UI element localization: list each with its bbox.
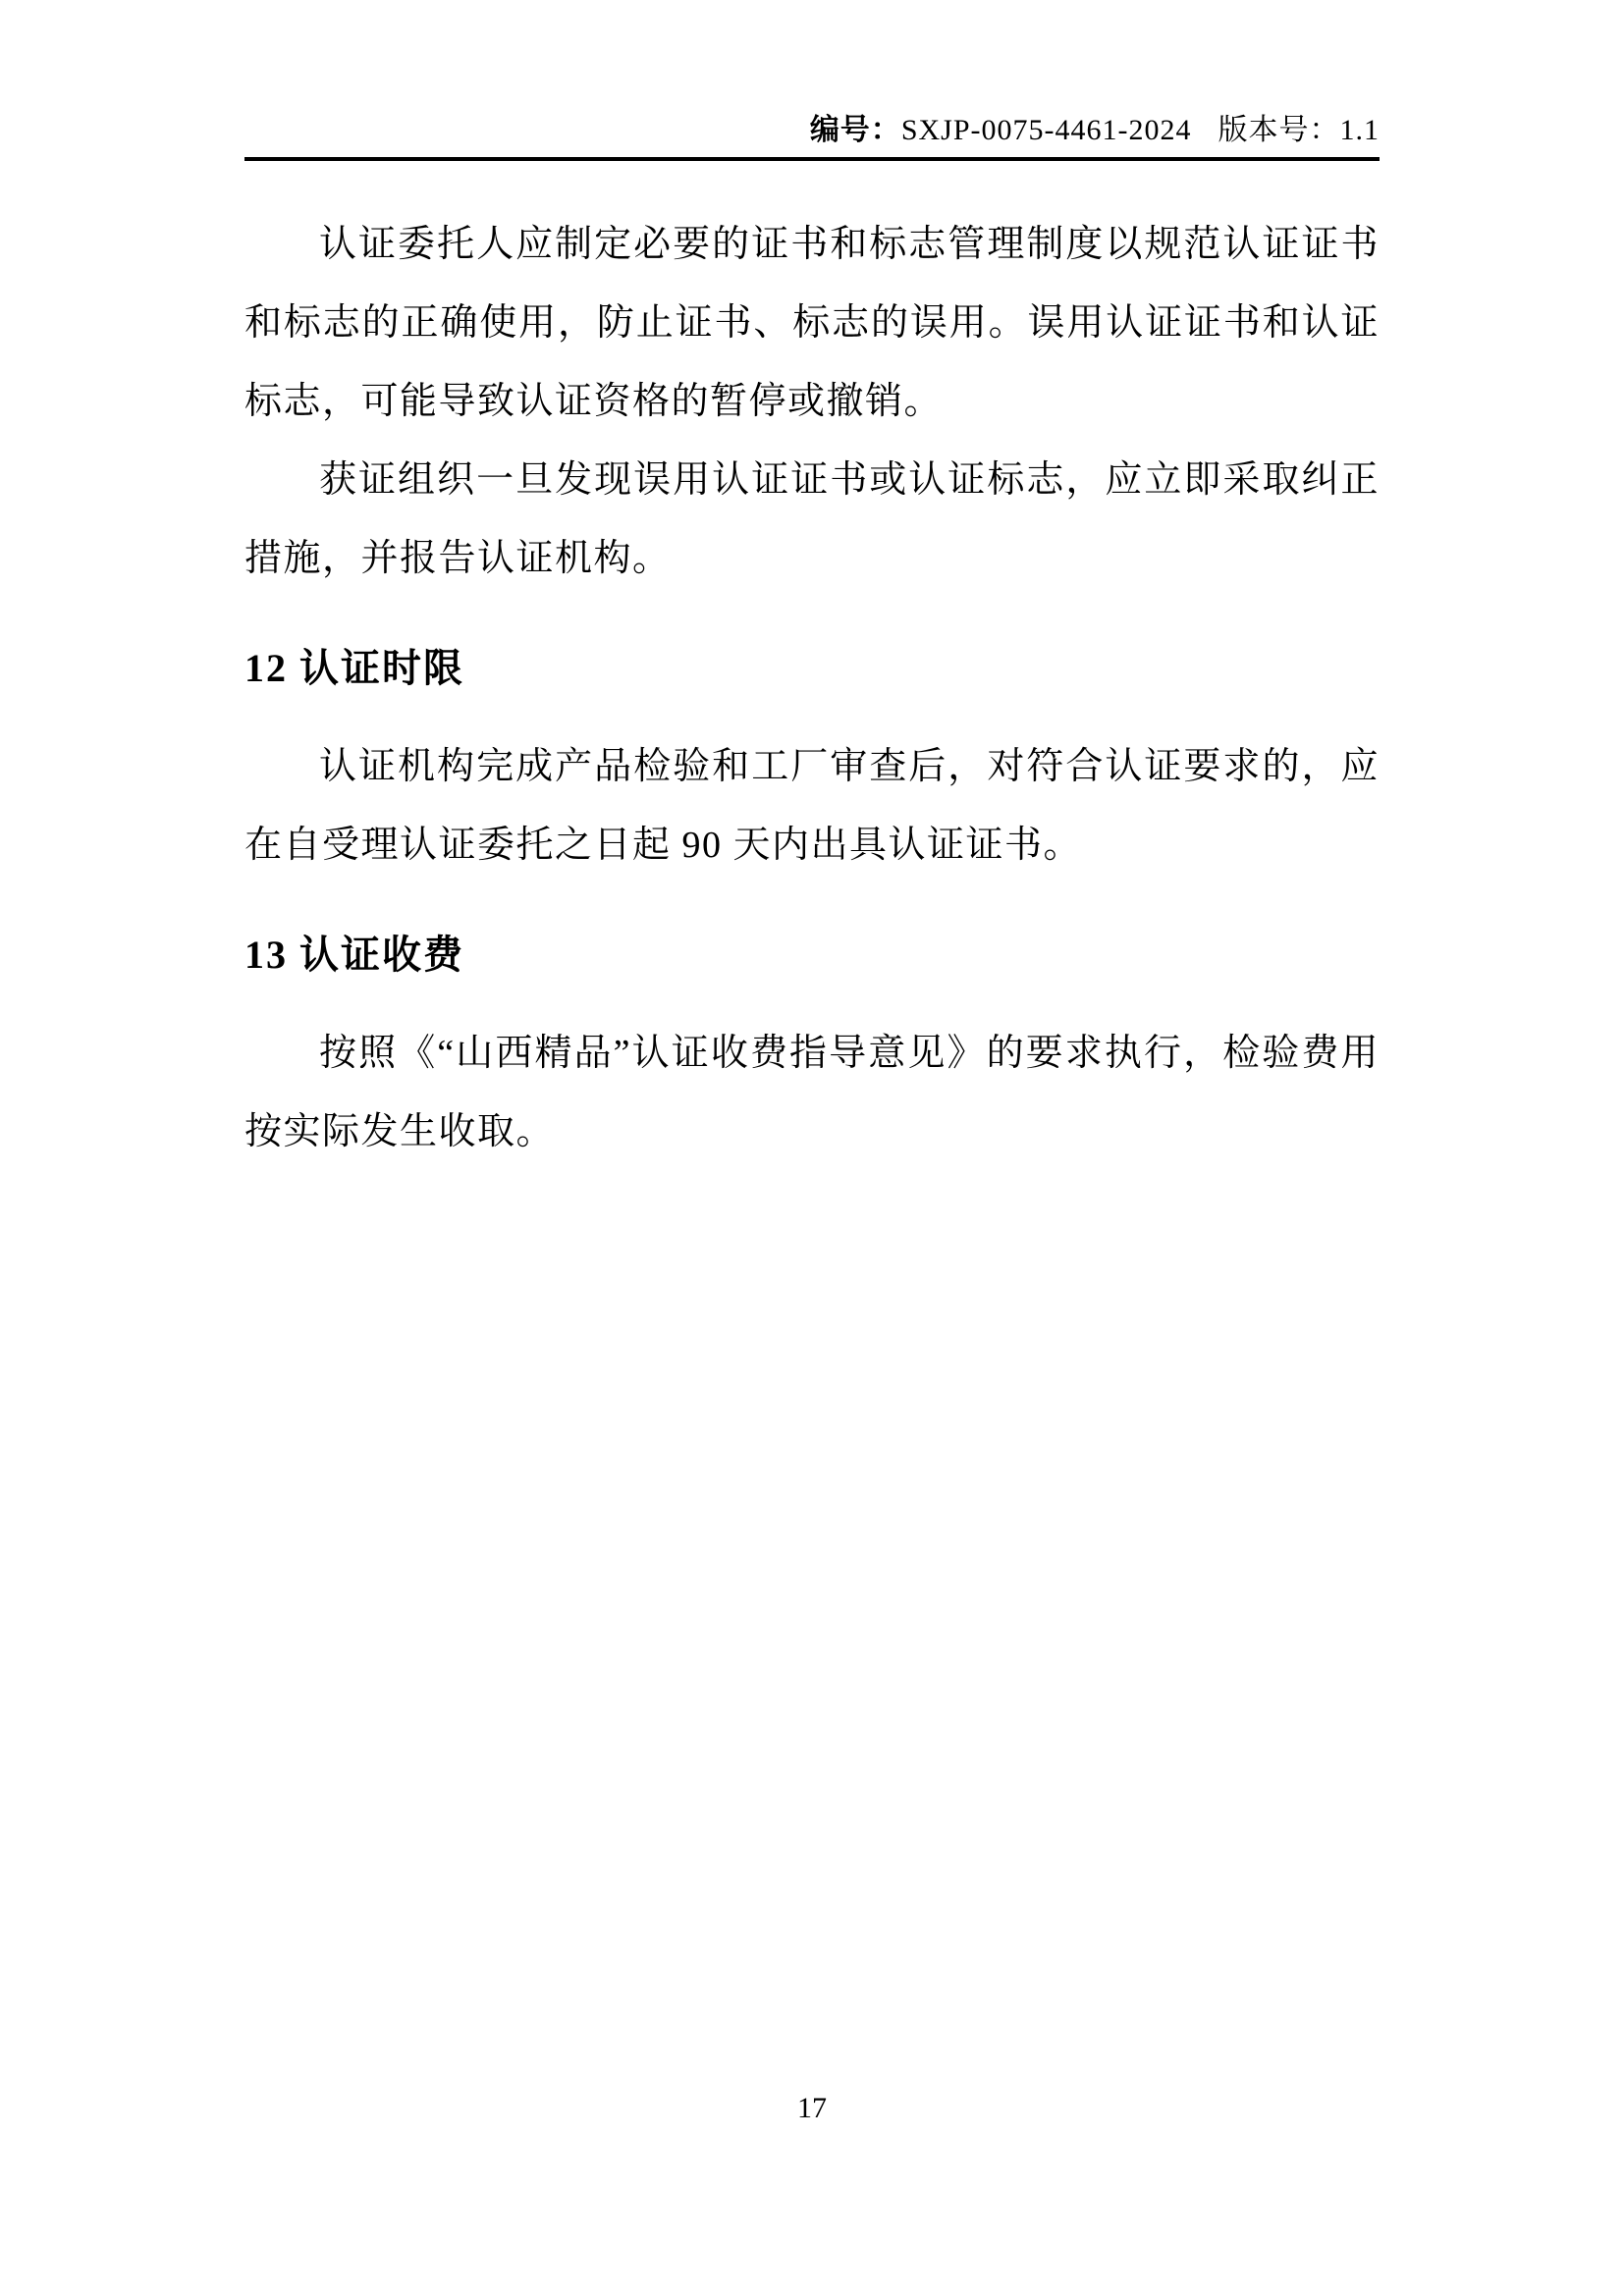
version-value: 1.1 (1340, 114, 1380, 146)
page-header: 编号：SXJP-0075-4461-2024版本号：1.1 (244, 0, 1380, 161)
doc-number-value: SXJP-0075-4461-2024 (901, 114, 1192, 146)
doc-number-label: 编号： (810, 114, 901, 146)
version-label: 版本号： (1218, 114, 1340, 146)
page-footer: 17 (0, 2091, 1624, 2126)
paragraph-misuse-correction: 获证组织一旦发现误用认证证书或认证标志，应立即采取纠正措施，并报告认证机构。 (244, 441, 1380, 598)
paragraph-certification-time-limit: 认证机构完成产品检验和工厂审查后，对符合认证要求的，应在自受理认证委托之日起 9… (244, 727, 1380, 884)
page-number: 17 (797, 2092, 827, 2124)
section-heading-certification-time-limit: 12 认证时限 (244, 641, 1380, 696)
paragraph-certification-fees: 按照《“山西精品”认证收费指导意见》的要求执行，检验费用按实际发生收取。 (244, 1014, 1380, 1171)
section-heading-certification-fees: 13 认证收费 (244, 928, 1380, 983)
document-body: 认证委托人应制定必要的证书和标志管理制度以规范认证证书和标志的正确使用，防止证书… (244, 205, 1380, 1171)
paragraph-certificate-mark-management: 认证委托人应制定必要的证书和标志管理制度以规范认证证书和标志的正确使用，防止证书… (244, 205, 1380, 441)
page-content: 编号：SXJP-0075-4461-2024版本号：1.1 认证委托人应制定必要… (244, 0, 1380, 1171)
document-page: 编号：SXJP-0075-4461-2024版本号：1.1 认证委托人应制定必要… (0, 0, 1624, 2296)
